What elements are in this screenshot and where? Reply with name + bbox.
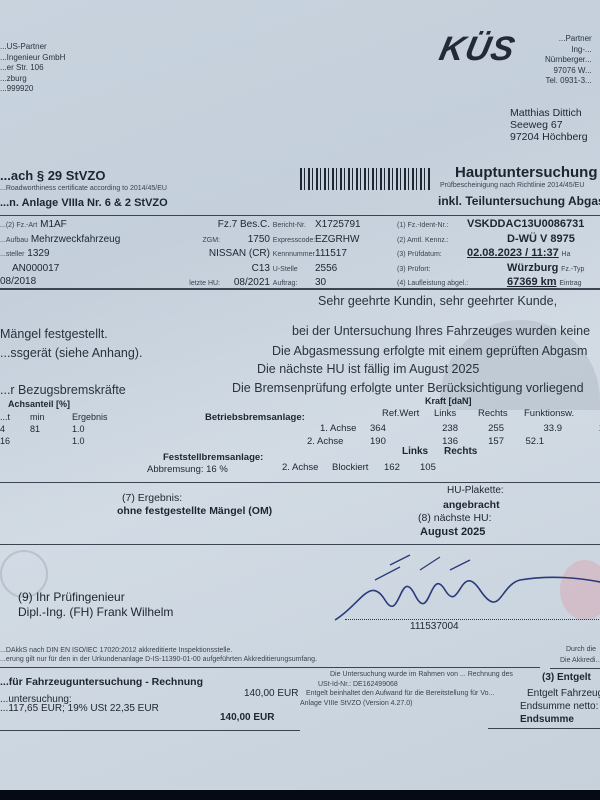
plate-value: D-WÜ V 8975 <box>467 233 575 245</box>
field-label: ZGM: <box>150 234 220 248</box>
inspection-type-value: Fz.7 Bes.C. <box>150 218 270 232</box>
next-hu-label: (8) nächste HU: <box>418 512 492 524</box>
gross-weight-value: 1750 <box>220 233 270 247</box>
letter-line-4: Die Bremsenprüfung erfolgte unter Berück… <box>232 381 584 395</box>
field-label: Expresscode: <box>273 237 315 244</box>
field-label: ...steller <box>0 251 25 258</box>
next-hu-value: August 2025 <box>420 526 485 538</box>
sender-line: ...zburg <box>0 74 65 85</box>
axle-label: 1. Achse <box>320 423 370 434</box>
brand-address-line: Ing-... <box>545 45 592 56</box>
field-label: ...(2) Fz.-Art <box>0 222 37 229</box>
field-label: Eintrag <box>559 280 581 287</box>
vehicle-type-value: M1AF <box>40 219 67 230</box>
left-value: 238 <box>412 423 458 434</box>
extra-value: 28.6 <box>544 436 600 447</box>
manufacturer-code-value: 1329 <box>27 248 49 259</box>
greeting: Sehr geehrte Kundin, sehr geehrter Kunde… <box>318 294 557 308</box>
table-cell: 16 <box>0 435 30 447</box>
field-label: (3) Prüfort: <box>397 263 467 277</box>
invoice-right-1: (3) Entgelt <box>542 672 591 683</box>
invoice-note-2: USt-Id-Nr.: DE162499068 <box>318 681 398 688</box>
column-header: min <box>30 411 72 423</box>
accreditation-right-1: Durch die <box>566 646 596 653</box>
signature <box>330 545 600 635</box>
column-header: Links <box>402 446 444 457</box>
make-value: NISSAN (CR) <box>150 247 270 261</box>
field-label: (1) Fz.-Ident-Nr.: <box>397 219 467 233</box>
accreditation-line-2: ...erung gilt nur für den in der Urkunde… <box>0 656 317 663</box>
column-header: Rechts <box>444 446 477 457</box>
function-value: 52.1 <box>504 436 544 447</box>
divider <box>550 668 600 669</box>
invoice-right-2: Entgelt Fahrzeug... <box>527 688 600 699</box>
left-subtitle: ...Roadworthiness certificate according … <box>0 185 167 192</box>
letter-line-1-cont: Mängel festgestellt. <box>0 327 108 341</box>
vehicle-left-block: ...(2) Fz.-Art M1AF ...Aufbau Mehrzweckf… <box>0 218 120 289</box>
letter-line-1: bei der Untersuchung Ihres Fahrzeuges wu… <box>292 324 590 338</box>
divider <box>0 667 540 668</box>
invoice-total: 140,00 EUR <box>220 712 274 723</box>
service-brake-header-row: Ref.WertLinksRechtsFunktionsw. <box>382 408 574 419</box>
invoice-note-4: Anlage VIIIe StVZO (Version 4.27.0) <box>300 700 412 707</box>
inspection-date-value: 02.08.2023 / 11:37 <box>467 247 559 259</box>
invoice-note-3: Entgelt beinhaltet den Aufwand für die B… <box>306 690 494 697</box>
sender-line: ...er Str. 106 <box>0 63 65 74</box>
badge-label: HU-Plakette: <box>447 485 504 496</box>
axle-share-header: Achsanteil [%] <box>8 399 70 409</box>
field-label: Fz.-Typ <box>561 266 584 273</box>
extra-value: 1.7 <box>562 423 600 434</box>
column-header: Funktionsw. <box>524 408 574 419</box>
field-label: (2) Amtl. Kennz.: <box>397 234 467 248</box>
service-brake-row: 1. Achse36423825533.91.7 <box>320 423 600 434</box>
force-header: Kraft [daN] <box>425 396 472 406</box>
divider <box>488 728 600 729</box>
brand-logo: KÜS <box>436 30 519 69</box>
field-label: Bericht-Nr. <box>273 222 306 229</box>
column-header: Links <box>434 408 478 419</box>
brand-address-line: 97076 W... <box>545 66 592 77</box>
express-code-value: EZGRHW <box>315 233 359 247</box>
parking-brake-row: 2. AchseBlockiert162105 <box>282 462 436 473</box>
axle-label: 2. Achse <box>307 436 370 447</box>
table-cell: 1.0 <box>72 436 85 446</box>
sender-address: ...US-Partner ...Ingenieur GmbH ...er St… <box>0 42 65 95</box>
parking-brake-label: Feststellbremsanlage: <box>163 452 263 463</box>
body-type-value: Mehrzweckfahrzeug <box>31 234 120 245</box>
recipient-address: Matthias Dittich Seeweg 67 97204 Höchber… <box>510 107 588 143</box>
letter-line-3: Die nächste HU ist fällig im August 2025 <box>257 362 479 376</box>
divider <box>0 482 600 483</box>
deceleration-value: Abbremsung: 16 % <box>147 464 228 475</box>
service-brake-label: Betriebsbremsanlage: <box>205 412 305 423</box>
column-header: ...t <box>0 411 30 423</box>
field-label: (3) Prüfdatum: <box>397 248 467 262</box>
report-number-value: X1725791 <box>315 218 361 232</box>
vehicle-right-block: (1) Fz.-Ident-Nr.:VSKDDAC13U0086731 (2) … <box>397 218 584 291</box>
invoice-tax-line: ...117,65 EUR; 19% USt 22,35 EUR <box>0 703 159 714</box>
recipient-street: Seeweg 67 <box>510 119 588 131</box>
id-number-value: 111517 <box>315 247 347 261</box>
letter-line-2-cont: ...ssgerät (siehe Anhang). <box>0 346 142 360</box>
divider <box>0 730 300 731</box>
badge-value: angebracht <box>443 499 500 511</box>
vehicle-mid-block: Fz.7 Bes.C. Bericht-Nr. X1725791 ZGM:175… <box>150 218 315 291</box>
inspector-label: (9) Ihr Prüfingenieur <box>18 590 125 604</box>
field-label: Kennnummer <box>273 251 315 258</box>
invoice-right-4: Endsumme <box>520 714 574 725</box>
brand-address-line: ...Partner <box>545 34 592 45</box>
first-registration-value: 08/2018 <box>0 276 36 287</box>
recipient-city: 97204 Höchberg <box>510 131 588 143</box>
inspection-location-value: Würzburg <box>467 262 558 274</box>
signature-line <box>345 619 600 620</box>
letter-line-4-cont: ...r Bezugsbremskräfte <box>0 383 126 397</box>
field-label: Auftrag: <box>273 280 298 287</box>
barcode <box>300 168 432 190</box>
divider <box>0 215 600 216</box>
ref-value: 364 <box>370 423 412 434</box>
accreditation-right-2: Die Akkredi... <box>560 657 600 664</box>
column-header: Ergebnis <box>72 412 108 422</box>
column-header: Rechts <box>478 408 524 419</box>
right-subtitle: Prüfbescheinigung nach Richtlinie 2014/4… <box>440 182 584 189</box>
letter-line-2: Die Abgasmessung erfolgte mit einem gepr… <box>272 344 587 358</box>
brand-address-line: Nürnberger... <box>545 55 592 66</box>
inspection-certificate: ...US-Partner ...Ingenieur GmbH ...er St… <box>0 0 600 790</box>
right-title: Hauptuntersuchung <box>455 164 598 181</box>
inspector-name: Dipl.-Ing. (FH) Frank Wilhelm <box>18 605 173 619</box>
divider <box>0 288 600 290</box>
field-label: Ha <box>562 251 571 258</box>
result-label: (7) Ergebnis: <box>122 492 182 504</box>
type-code-value: AN000017 <box>12 263 59 274</box>
inspector-id: 111537004 <box>410 621 459 632</box>
left-title: ...ach § 29 StVZO <box>0 168 106 183</box>
right-value: 105 <box>420 462 436 473</box>
accreditation-line-1: ...DAkkS nach DIN EN ISO/IEC 17020:2012 … <box>0 647 232 654</box>
axle-share-table: ...tminErgebnis 4811.0 161.0 <box>0 411 108 447</box>
parking-cols: LinksRechts <box>402 446 477 457</box>
right-value: 255 <box>458 423 504 434</box>
invoice-title: ...für Fahrzeuguntersuchung - Rechnung <box>0 676 203 688</box>
table-cell: 4 <box>0 423 30 435</box>
result-value: ohne festgestellte Mängel (OM) <box>117 505 272 517</box>
brand-address-line: Tel. 0931-3... <box>545 76 592 87</box>
invoice-note-1: Die Untersuchung wurde im Rahmen von ...… <box>330 671 513 678</box>
station-value: 2556 <box>315 262 337 276</box>
right-title2: inkl. Teiluntersuchung Abgas <box>438 194 600 208</box>
model-value: C13 <box>150 262 270 276</box>
mileage-value: 67369 km <box>467 276 557 288</box>
status-value: Blockiert <box>332 462 384 473</box>
table-cell: 1.0 <box>72 424 85 434</box>
left-title2: ...n. Anlage VIIIa Nr. 6 & 2 StVZO <box>0 197 168 209</box>
table-cell: 81 <box>30 423 72 435</box>
invoice-right-3: Endsumme netto: <box>520 701 598 712</box>
sender-line: ...Ingenieur GmbH <box>0 53 65 64</box>
sender-line: ...US-Partner <box>0 42 65 53</box>
vin-value: VSKDDAC13U0086731 <box>467 218 584 230</box>
brand-address: ...Partner Ing-... Nürnberger... 97076 W… <box>545 34 592 87</box>
field-label: U-Stelle <box>273 266 298 273</box>
left-value: 162 <box>384 462 420 473</box>
axle-label: 2. Achse <box>282 462 332 473</box>
function-value: 33.9 <box>504 423 562 434</box>
recipient-name: Matthias Dittich <box>510 107 588 119</box>
field-label: ...Aufbau <box>0 237 28 244</box>
column-header: Ref.Wert <box>382 408 434 419</box>
bottom-edge <box>0 790 600 800</box>
invoice-item-amount: 140,00 EUR <box>244 688 298 699</box>
sender-line: ...999920 <box>0 84 65 95</box>
